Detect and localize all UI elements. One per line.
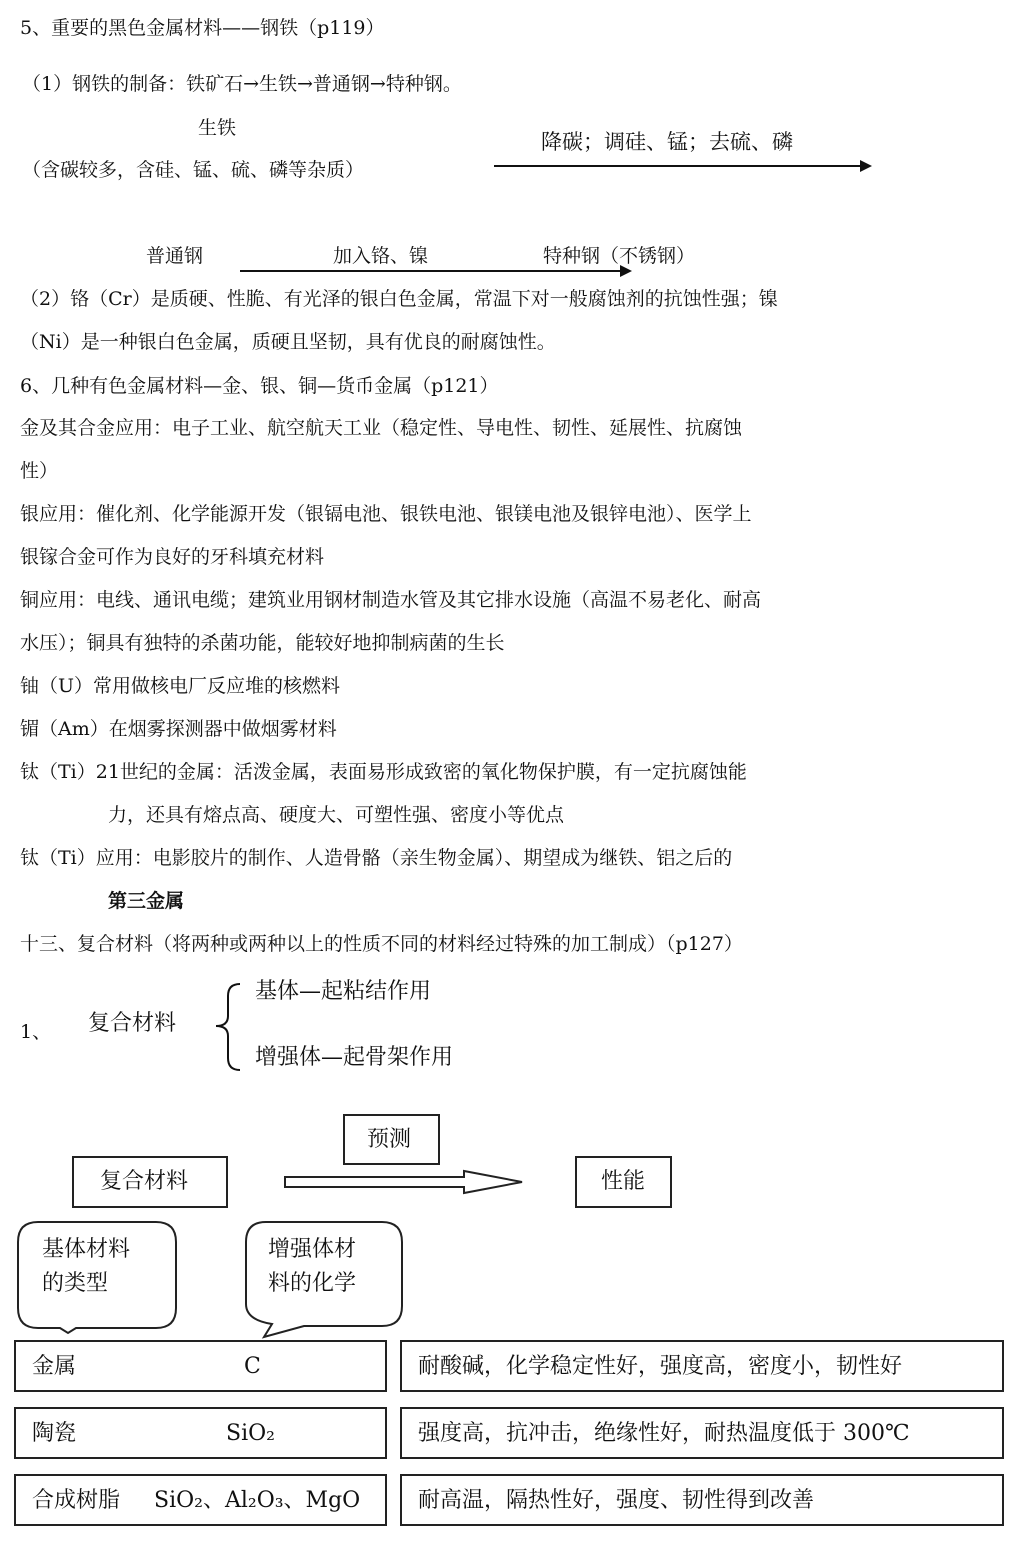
chromium-line1: （2）铬（Cr）是质硬、性脆、有光泽的银白色金属，常温下对一般腐蚀剂的抗蚀性强；… (20, 287, 778, 311)
arrow1-label: 降碳；调硅、锰；去硫、磷 (541, 129, 793, 155)
bubble-right-line1: 增强体材 (268, 1236, 356, 1264)
titanium-app-line2: 第三金属 (108, 889, 184, 913)
bubble-right-line2: 料的化学 (268, 1270, 356, 1298)
matrix-row-3: 合成树脂 SiO₂、Al₂O₃、MgO (14, 1474, 387, 1526)
section13-heading: 十三、复合材料（将两种或两种以上的性质不同的材料经过特殊的加工制成）（p127） (20, 932, 743, 956)
property-row-2: 强度高，抗冲击，绝缘性好，耐热温度低于 300℃ (400, 1407, 1004, 1459)
predict-label: 预测 (367, 1126, 411, 1154)
titanium-app-line1: 钛（Ti）应用：电影胶片的制作、人造骨骼（亲生物金属）、期望成为继铁、铝之后的 (20, 846, 732, 870)
special-steel-label: 特种钢（不锈钢） (543, 244, 695, 268)
hollow-arrow-icon (284, 1168, 526, 1196)
arrow-right-icon (240, 270, 630, 272)
copper-line2: 水压）；铜具有独特的杀菌功能，能较好地抑制病菌的生长 (20, 631, 505, 655)
item1-number: 1、 (20, 1020, 51, 1044)
reinforcement-name: C (244, 1353, 261, 1381)
bubble-left-line2: 的类型 (42, 1270, 108, 1298)
composite-label: 复合材料 (100, 1168, 188, 1196)
property-row-3: 耐高温，隔热性好，强度、韧性得到改善 (400, 1474, 1004, 1526)
reinforcement-name: SiO₂ (226, 1420, 275, 1448)
copper-line1: 铜应用：电线、通讯电缆；建筑业用钢材制造水管及其它排水设施（高温不易老化、耐高 (20, 588, 761, 612)
property-text: 耐高温，隔热性好，强度、韧性得到改善 (418, 1487, 814, 1515)
nickel-line2: （Ni）是一种银白色金属，质硬且坚韧，具有优良的耐腐蚀性。 (20, 330, 556, 354)
pig-iron-note: （含碳较多，含硅、锰、硫、磷等杂质） (22, 158, 364, 182)
pig-iron-label: 生铁 (198, 116, 236, 140)
property-label: 性能 (601, 1168, 645, 1196)
branch-matrix: 基体—起粘结作用 (255, 978, 431, 1006)
arrow2-label: 加入铬、镍 (333, 244, 428, 268)
matrix-row-2: 陶瓷 SiO₂ (14, 1407, 387, 1459)
section6-heading: 6、几种有色金属材料—金、银、铜—货币金属（p121） (20, 374, 499, 398)
item1-label: 复合材料 (88, 1010, 176, 1038)
composite-box: 复合材料 (72, 1156, 228, 1208)
ordinary-steel-label: 普通钢 (146, 244, 203, 268)
property-text: 强度高，抗冲击，绝缘性好，耐热温度低于 300℃ (418, 1420, 910, 1448)
titanium-line1: 钛（Ti）21世纪的金属：活泼金属，表面易形成致密的氧化物保护膜，有一定抗腐蚀能 (20, 760, 747, 784)
section5-heading: 5、重要的黑色金属材料——钢铁（p119） (20, 16, 385, 40)
property-row-1: 耐酸碱，化学稳定性好，强度高，密度小，韧性好 (400, 1340, 1004, 1392)
matrix-name: 陶瓷 (32, 1420, 76, 1448)
predict-box: 预测 (343, 1114, 440, 1165)
steel-preparation-line: （1）钢铁的制备：铁矿石→生铁→普通钢→特种钢。 (22, 72, 462, 96)
reinforcement-name: SiO₂、Al₂O₃、MgO (154, 1487, 360, 1515)
gold-line2: 性） (20, 459, 58, 483)
property-text: 耐酸碱，化学稳定性好，强度高，密度小，韧性好 (418, 1353, 902, 1381)
americium-line: 镅（Am）在烟雾探测器中做烟雾材料 (20, 717, 337, 741)
bubble-left-line1: 基体材料 (42, 1236, 130, 1264)
silver-line1: 银应用：催化剂、化学能源开发（银镉电池、银铁电池、银镁电池及银锌电池）、医学上 (20, 502, 752, 526)
titanium-line2: 力，还具有熔点高、硬度大、可塑性强、密度小等优点 (108, 803, 564, 827)
matrix-name: 合成树脂 (32, 1487, 120, 1515)
matrix-name: 金属 (32, 1353, 76, 1381)
arrow-right-icon (494, 165, 870, 167)
gold-line1: 金及其合金应用：电子工业、航空航天工业（稳定性、导电性、韧性、延展性、抗腐蚀 (20, 416, 742, 440)
property-box: 性能 (575, 1156, 672, 1208)
silver-line2: 银镓合金可作为良好的牙科填充材料 (20, 545, 324, 569)
matrix-row-1: 金属 C (14, 1340, 387, 1392)
left-brace-icon (210, 982, 242, 1072)
uranium-line: 铀（U）常用做核电厂反应堆的核燃料 (20, 674, 340, 698)
branch-reinforcement: 增强体—起骨架作用 (255, 1044, 453, 1072)
